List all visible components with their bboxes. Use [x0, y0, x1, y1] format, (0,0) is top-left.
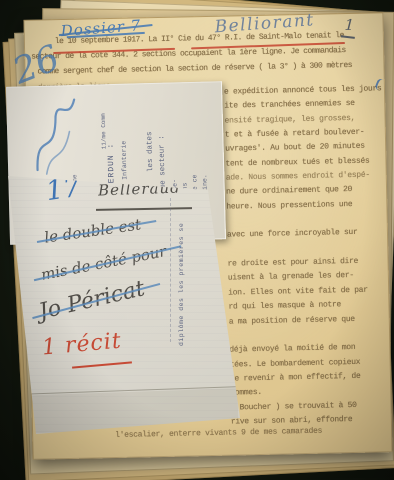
crossed-out-line: le double est [43, 215, 142, 246]
red-annotation-underline [72, 361, 132, 368]
typed-bottom-line: l'escalier, enterre vivants 9 de mes cam… [115, 427, 322, 440]
crossed-out-line: mis de côté pour [39, 242, 167, 284]
page-number-annotation: 1 [344, 16, 354, 34]
letterhead-place-label: VERDUN : [106, 117, 117, 189]
faint-vertical-line [170, 198, 171, 342]
red-annotation: 1 récit [41, 329, 123, 361]
blue-signature-scribble [12, 87, 104, 186]
letterhead-sector-label: que secteur : [157, 102, 167, 194]
crossed-out-line: Jo Péricat [37, 276, 148, 325]
archive-document-photo: le 10 septembre 1917. La II° Cie du 47° … [0, 0, 394, 480]
handwritten-note-paper: 17 Belleraud le double est mis de côté p… [0, 164, 246, 446]
note-vertical-typed-text: diplôme des les premières se [178, 196, 185, 346]
typed-body-column: e expédition annoncé tous les joursite d… [224, 84, 394, 432]
letterhead-dates-label: les dates [146, 112, 156, 172]
